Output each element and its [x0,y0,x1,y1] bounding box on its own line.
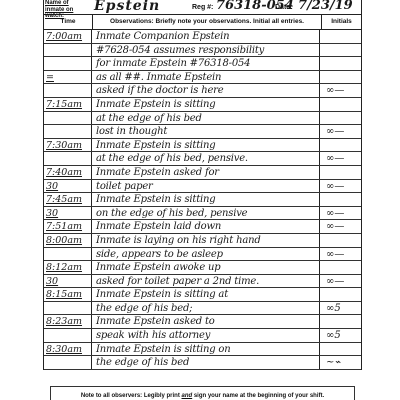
entry-initials: ~⌁ [320,356,361,369]
entry-initials [320,98,361,111]
entry-observation: Inmate Epstein is sitting on [92,343,320,356]
log-row: speak with his attorney∞5 [44,329,361,343]
entry-initials: ∞— [320,180,361,193]
entry-observation: Inmate Epstein is sitting at [92,288,320,301]
column-header-row: Time Observations: Briefly note your obs… [44,15,361,30]
entry-initials: ∞— [320,84,361,97]
log-entries: 7:00amInmate Companion Epstein #7628-054… [44,30,361,370]
entry-initials [320,193,361,206]
entry-initials [320,57,361,70]
entry-time: 7:40am [44,166,92,179]
log-row: at the edge of his bed [44,112,361,126]
log-row: 7:15amInmate Epstein is sitting [44,98,361,112]
entry-time [44,248,92,261]
entry-initials: ∞— [320,125,361,138]
entry-observation: the edge of his bed [92,356,320,369]
entry-observation: Inmate Epstein is sitting [92,139,320,152]
note-text-end: sign your name at the beginning of your … [192,393,324,399]
entry-observation: #7628-054 assumes responsibility [92,44,320,57]
entry-observation: speak with his attorney [92,329,320,342]
entry-observation: toilet paper [92,180,320,193]
entry-observation: Inmate Companion Epstein [92,30,320,43]
log-row: asked if the doctor is here∞— [44,84,361,98]
entry-initials: ∞— [320,248,361,261]
entry-observation: at the edge of his bed [92,112,320,125]
entry-observation: lost in thought [92,125,320,138]
entry-observation: at the edge of his bed, pensive. [92,152,320,165]
entry-initials: ∞— [320,220,361,233]
entry-time [44,302,92,315]
entry-initials [320,112,361,125]
log-row: 7:45amInmate Epstein is sitting [44,193,361,207]
log-row: at the edge of his bed, pensive.∞— [44,152,361,166]
date-label: Date: [275,4,293,11]
entry-observation: on the edge of his bed, pensive [92,207,320,220]
entry-time [44,84,92,97]
inmate-info-row: Name of inmate on watch: Epstein Reg #: … [44,0,361,15]
entry-initials [320,288,361,301]
entry-initials [320,261,361,274]
log-row: the edge of his bed~⌁ [44,356,361,370]
entry-time: 7:45am [44,193,92,206]
log-row: side, appears to be asleep∞— [44,248,361,262]
entry-initials: ∞5 [320,329,361,342]
log-row: =as all ##. Inmate Epstein [44,71,361,85]
date-value: 7/23/19 [298,0,353,13]
log-row: #7628-054 assumes responsibility [44,44,361,58]
entry-time: 8:15am [44,288,92,301]
entry-time: 8:00am [44,234,92,247]
entry-initials [320,166,361,179]
inmate-name-value: Epstein [94,0,160,14]
column-header-initials: Initials [322,15,361,29]
entry-initials: ∞— [320,275,361,288]
entry-initials [320,315,361,328]
entry-time: 8:23am [44,315,92,328]
entry-time [44,112,92,125]
entry-time: 30 [44,275,92,288]
entry-observation: Inmate Epstein laid down [92,220,320,233]
entry-initials [320,139,361,152]
log-row: 8:23amInmate Epstein asked to [44,315,361,329]
entry-time [44,152,92,165]
entry-initials [320,71,361,84]
entry-observation: Inmate Epstein is sitting [92,98,320,111]
entry-observation: Inmate Epstein awoke up [92,261,320,274]
log-row: 8:00amInmate is laying on his right hand [44,234,361,248]
entry-observation: for inmate Epstein #76318-054 [92,57,320,70]
entry-initials: ∞— [320,152,361,165]
entry-time [44,125,92,138]
log-row: 7:40amInmate Epstein asked for [44,166,361,180]
log-row: 7:30amInmate Epstein is sitting [44,139,361,153]
observation-log-form: Name of inmate on watch: Epstein Reg #: … [43,0,362,370]
entry-observation: as all ##. Inmate Epstein [92,71,320,84]
log-row: 30on the edge of his bed, pensive∞— [44,207,361,221]
entry-observation: Inmate Epstein asked for [92,166,320,179]
log-row: for inmate Epstein #76318-054 [44,57,361,71]
log-row: 30toilet paper∞— [44,180,361,194]
entry-time: 7:30am [44,139,92,152]
inmate-name-label: Name of inmate on watch: [45,0,87,20]
log-row: 7:51amInmate Epstein laid down∞— [44,220,361,234]
log-row: 8:30amInmate Epstein is sitting on [44,343,361,357]
entry-observation: asked for toilet paper a 2nd time. [92,275,320,288]
observer-instructions-note: Note to all observers: Legibly print and… [50,386,355,400]
entry-initials [320,234,361,247]
log-row: 8:12amInmate Epstein awoke up [44,261,361,275]
note-text-emphasis: and [182,393,193,399]
log-row: 7:00amInmate Companion Epstein [44,30,361,44]
entry-observation: the edge of his bed; [92,302,320,315]
entry-initials: ∞— [320,207,361,220]
entry-time: 7:15am [44,98,92,111]
entry-initials [320,44,361,57]
entry-time [44,44,92,57]
entry-time [44,57,92,70]
entry-time: 7:51am [44,220,92,233]
entry-initials: ∞5 [320,302,361,315]
entry-initials [320,30,361,43]
entry-time [44,329,92,342]
entry-observation: Inmate Epstein is sitting [92,193,320,206]
entry-time [44,356,92,369]
entry-time: 8:30am [44,343,92,356]
entry-observation: asked if the doctor is here [92,84,320,97]
entry-time: 30 [44,180,92,193]
log-row: the edge of his bed;∞5 [44,302,361,316]
log-row: lost in thought∞— [44,125,361,139]
entry-time: 30 [44,207,92,220]
reg-number-label: Reg #: [192,4,213,11]
entry-observation: side, appears to be asleep [92,248,320,261]
log-row: 30asked for toilet paper a 2nd time.∞— [44,275,361,289]
log-row: 8:15amInmate Epstein is sitting at [44,288,361,302]
entry-time: 7:00am [44,30,92,43]
entry-time: 8:12am [44,261,92,274]
entry-observation: Inmate is laying on his right hand [92,234,320,247]
note-text-start: Note to all observers: Legibly print [81,393,182,399]
column-header-observations: Observations: Briefly note your observat… [93,15,322,29]
entry-observation: Inmate Epstein asked to [92,315,320,328]
entry-initials [320,343,361,356]
entry-time: = [44,71,92,84]
